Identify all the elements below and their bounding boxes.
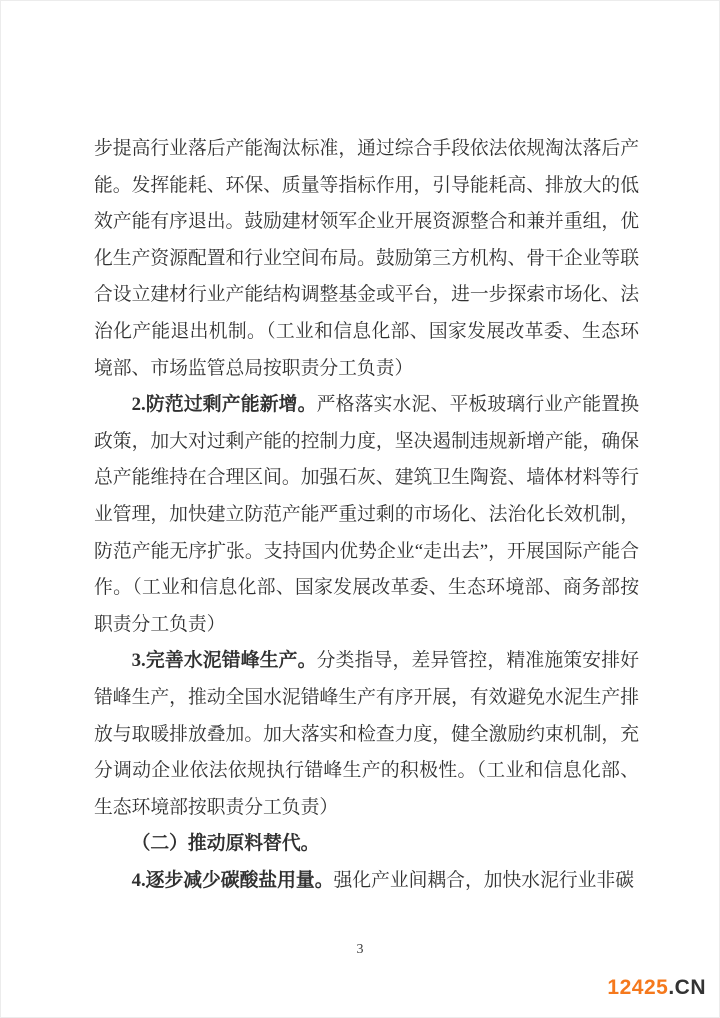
paragraph-text: 步提高行业落后产能淘汰标准，通过综合手段依法依规淘汰落后产能。发挥能耗、环保、质… [94,138,639,379]
page-number: 3 [1,942,719,958]
paragraph-text: 分类指导，差异管控，精准施策安排好错峰生产，推动全国水泥错峰生产有序开展，有效避… [94,650,639,817]
paragraph-lead-bold-text: 3.完善水泥错峰生产。 [132,650,317,671]
paragraph: 步提高行业落后产能淘汰标准，通过综合手段依法依规淘汰落后产能。发挥能耗、环保、质… [94,131,639,387]
document-body: 步提高行业落后产能淘汰标准，通过综合手段依法依规淘汰落后产能。发挥能耗、环保、质… [94,131,639,899]
watermark-brand-text: 12425 [607,976,668,999]
paragraph: 3.完善水泥错峰生产。分类指导，差异管控，精准施策安排好错峰生产，推动全国水泥错… [94,643,639,826]
document-page: 步提高行业落后产能淘汰标准，通过综合手段依法依规淘汰落后产能。发挥能耗、环保、质… [0,0,720,1018]
paragraph-lead-bold-text: （二）推动原料替代。 [132,833,320,854]
paragraph-text: 严格落实水泥、平板玻璃行业产能置换政策，加大对过剩产能的控制力度，坚决遏制违规新… [94,394,639,635]
watermark: 12425.CN [607,977,706,998]
watermark-suffix-text: .CN [668,976,706,999]
paragraph: 2.防范过剩产能新增。严格落实水泥、平板玻璃行业产能置换政策，加大对过剩产能的控… [94,387,639,643]
paragraph-lead-bold-text: 4.逐步减少碳酸盐用量。 [132,870,334,891]
paragraph-lead-bold-text: 2.防范过剩产能新增。 [132,394,317,415]
paragraph: 4.逐步减少碳酸盐用量。强化产业间耦合，加快水泥行业非碳 [94,863,639,900]
paragraph: （二）推动原料替代。 [94,826,639,863]
paragraph-text: 强化产业间耦合，加快水泥行业非碳 [334,870,635,891]
